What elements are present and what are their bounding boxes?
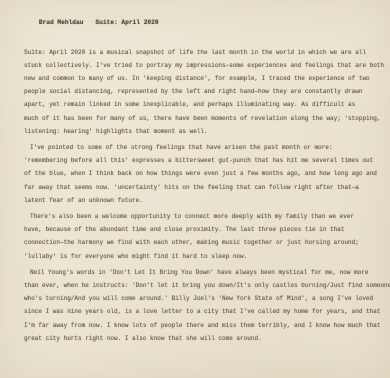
document-page: Brad MehldauSuite: April 2020 Suite: Apr…	[0, 0, 390, 378]
text-line: latent fear of an unknown future.	[24, 194, 390, 207]
text-line: 'remembering before all this' expresses …	[24, 154, 390, 167]
text-line: Neil Young's words in 'Don't Let It Brin…	[24, 266, 390, 279]
text-line: of the blue, when I think back on how th…	[24, 167, 390, 180]
text-line: great city hurts right now. I also know …	[24, 332, 390, 345]
text-line: connection—the harmony we find with each…	[24, 236, 390, 249]
text-line: have, because of the abundant time and c…	[24, 223, 390, 236]
text-line: who's turning/And you will come around.'…	[24, 292, 390, 305]
paragraph: There's also been a welcome opportunity …	[24, 210, 390, 263]
document-header: Brad MehldauSuite: April 2020	[24, 3, 390, 43]
text-line: There's also been a welcome opportunity …	[24, 210, 390, 223]
work-title: Suite: April 2020	[95, 19, 158, 26]
text-line: far away that seems now. 'uncertainty' h…	[24, 181, 390, 194]
document-body: Suite: April 2020 is a musical snapshot …	[24, 46, 390, 345]
text-line: Suite: April 2020 is a musical snapshot …	[24, 46, 390, 59]
author-name: Brad Mehldau	[39, 19, 84, 26]
text-line: listening: hearing' highlights that mome…	[24, 125, 390, 138]
text-line: stuck collectively. I've tried to portra…	[24, 59, 390, 72]
paragraph: Suite: April 2020 is a musical snapshot …	[24, 46, 390, 138]
text-line: I'm far away from now. I know lots of pe…	[24, 319, 390, 332]
text-line: much of it has been for many of us, ther…	[24, 112, 390, 125]
paragraph: Neil Young's words in 'Don't Let It Brin…	[24, 266, 390, 345]
text-line: than ever, when he instructs: 'Don't let…	[24, 279, 390, 292]
text-line: apart, yet remain linked in some inexpli…	[24, 98, 390, 111]
text-line: I've pointed to some of the strong feeli…	[24, 141, 390, 154]
text-line: since I was nine years old, is a love le…	[24, 305, 390, 318]
text-line: people social distancing, represented by…	[24, 85, 390, 98]
text-line: new and common to many of us. In 'keepin…	[24, 72, 390, 85]
paragraph: I've pointed to some of the strong feeli…	[24, 141, 390, 207]
text-line: 'lullaby' is for everyone who might find…	[24, 250, 390, 263]
